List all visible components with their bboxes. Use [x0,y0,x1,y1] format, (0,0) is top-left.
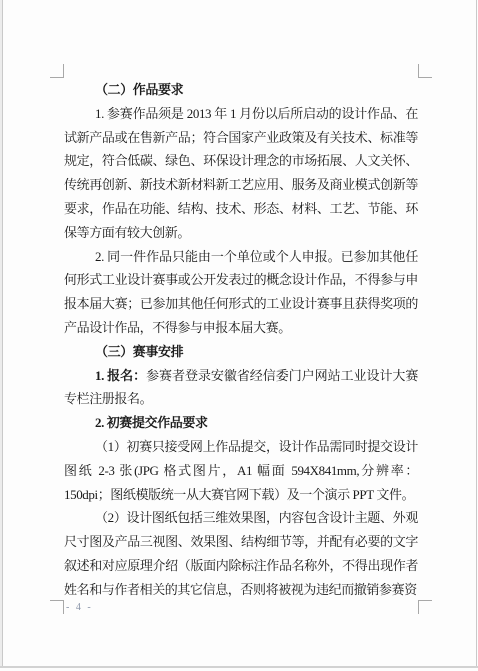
text-run: 1. 参赛作品须是 2013 年 1 月份以后所启动的设计作品、在试新产品或在售… [64,106,418,240]
section-heading: （二）作品要求 [64,78,418,102]
text-run-bold: 1. 报名： [95,368,146,383]
section-heading: 2. 初赛提交作品要求 [64,411,418,435]
paragraph: 1. 参赛作品须是 2013 年 1 月份以后所启动的设计作品、在试新产品或在售… [64,102,418,245]
word-document-page: （二）作品要求1. 参赛作品须是 2013 年 1 月份以后所启动的设计作品、在… [0,0,478,671]
paragraph: （1）初赛只接受网上作品提交，设计作品需同时提交设计图纸 2-3 张(JPG 格… [64,435,418,506]
paragraph: 2. 同一件作品只能由一个单位或个人申报。已参加其他任何形式工业设计赛事或公开发… [64,245,418,340]
page-bottom-edge-strip [0,666,478,668]
document-body-text[interactable]: （二）作品要求1. 参赛作品须是 2013 年 1 月份以后所启动的设计作品、在… [64,78,418,602]
paragraph: 1. 报名：参赛者登录安徽省经信委门户网站工业设计大赛专栏注册报名。 [64,364,418,412]
text-run: （1）初赛只接受网上作品提交，设计作品需同时提交设计图纸 2-3 张(JPG 格… [64,439,418,502]
section-heading: （三）赛事安排 [64,340,418,364]
margin-crop-mark-bottom-right-icon [418,600,432,614]
text-run-bold: （二）作品要求 [95,82,183,97]
page-right-edge-line [476,0,477,667]
paragraph: （2）设计图纸包括三维效果图，内容包含设计主题、外观尺寸图及产品三视图、效果图、… [64,506,418,601]
text-run: 2. 同一件作品只能由一个单位或个人申报。已参加其他任何形式工业设计赛事或公开发… [64,249,418,335]
page-left-edge-line [2,0,3,667]
text-run-bold: （三）赛事安排 [95,344,183,359]
margin-crop-mark-top-left-icon [50,64,64,78]
margin-crop-mark-bottom-left-icon [50,600,64,614]
text-run-bold: 2. 初赛提交作品要求 [95,415,208,430]
margin-crop-mark-top-right-icon [418,64,432,78]
page-number: - 4 - [66,601,93,614]
text-run: （2）设计图纸包括三维效果图，内容包含设计主题、外观尺寸图及产品三视图、效果图、… [64,510,418,596]
